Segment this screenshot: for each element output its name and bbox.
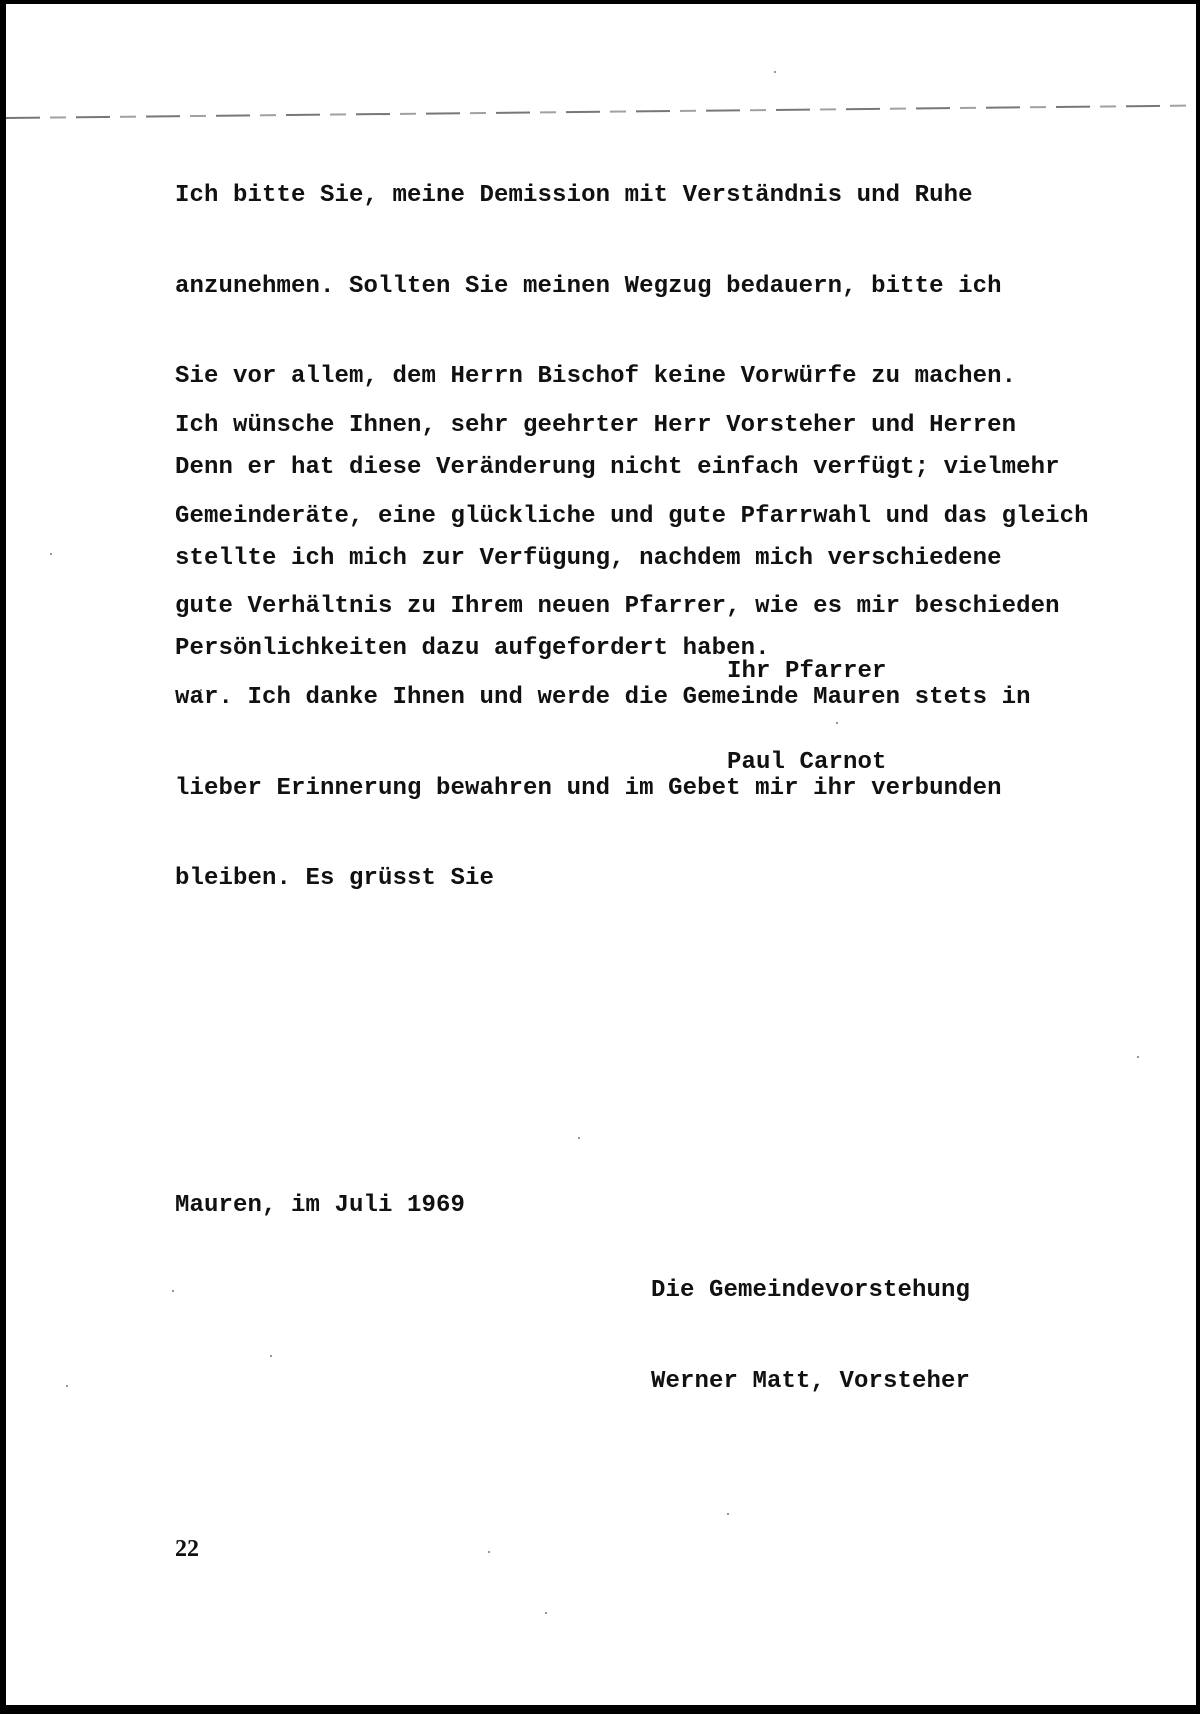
text-line: Ich wünsche Ihnen, sehr geehrter Herr Vo… — [175, 408, 1089, 445]
page-top-cut-line — [6, 105, 1196, 119]
scan-speck — [578, 1137, 580, 1139]
scan-speck — [66, 1385, 68, 1387]
signature-name: Werner Matt, Vorsteher — [651, 1364, 970, 1401]
priest-signature: Ihr Pfarrer Paul Carnot — [727, 600, 887, 808]
text-line: Ich bitte Sie, meine Demission mit Verst… — [175, 178, 1060, 215]
text-line: lieber Erinnerung bewahren und im Gebet … — [175, 771, 1089, 808]
council-signature: Die Gemeindevorstehung Werner Matt, Vors… — [651, 1219, 970, 1427]
signature-name: Paul Carnot — [727, 745, 887, 782]
place-date: Mauren, im Juli 1969 — [175, 1134, 465, 1252]
signature-title: Die Gemeindevorstehung — [651, 1273, 970, 1310]
scan-speck — [727, 1513, 729, 1515]
scan-border-bottom — [0, 1705, 1200, 1714]
scan-speck — [50, 553, 52, 555]
scan-speck — [200, 689, 202, 691]
scan-speck — [545, 1612, 547, 1614]
scan-border-top — [0, 0, 1200, 4]
scan-speck — [488, 1551, 490, 1553]
scan-speck — [270, 1355, 272, 1357]
signature-title: Ihr Pfarrer — [727, 654, 887, 691]
text-line: anzunehmen. Sollten Sie meinen Wegzug be… — [175, 269, 1060, 306]
scan-speck — [836, 722, 838, 724]
text-line: Gemeinderäte, eine glückliche und gute P… — [175, 499, 1089, 536]
scan-border-right — [1196, 0, 1200, 1714]
text-line: bleiben. Es grüsst Sie — [175, 861, 1089, 898]
scan-border-left — [0, 0, 6, 1714]
scan-speck — [1137, 1056, 1139, 1058]
text-line: war. Ich danke Ihnen und werde die Gemei… — [175, 680, 1089, 717]
scan-speck — [774, 71, 776, 73]
paragraph-farewell: Ich wünsche Ihnen, sehr geehrter Herr Vo… — [175, 354, 1089, 925]
text-line: gute Verhältnis zu Ihrem neuen Pfarrer, … — [175, 589, 1089, 626]
page-number: 22 — [175, 1536, 199, 1563]
scan-speck — [172, 1290, 174, 1292]
